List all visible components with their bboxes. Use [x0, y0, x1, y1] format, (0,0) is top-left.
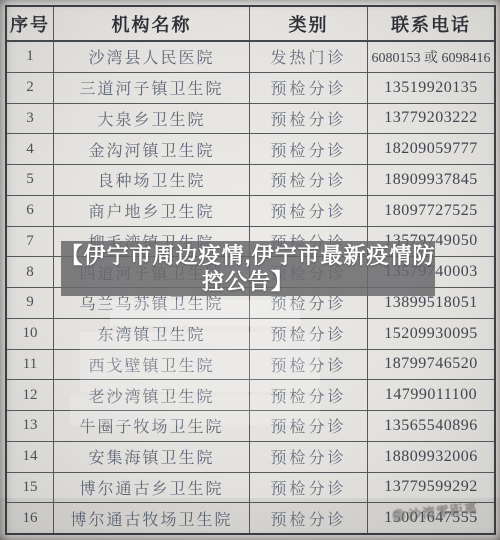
cell-no: 7 — [7, 227, 54, 257]
cell-category: 预检分诊 — [250, 380, 368, 410]
cell-no: 9 — [7, 288, 54, 318]
cell-no: 8 — [7, 257, 54, 287]
cell-category: 预检分诊 — [250, 473, 368, 503]
cell-no: 6 — [7, 196, 54, 226]
cell-phone: 18809932006 — [368, 442, 494, 472]
table-row: 14安集海镇卫生院预检分诊18809932006 — [7, 442, 494, 473]
cell-category: 预检分诊 — [250, 319, 368, 349]
cell-no: 3 — [7, 104, 54, 134]
cell-category: 预检分诊 — [250, 73, 368, 103]
overlay-title-line1: 【伊宁市周边疫情,伊宁市最新疫情防 — [60, 243, 435, 269]
table-header-row: 序号 机构名称 类别 联系电话 — [7, 7, 494, 42]
cell-category: 预检分诊 — [250, 442, 368, 472]
cell-name: 博尔通古牧场卫生院 — [54, 503, 250, 533]
overlay-title-line2: 控公告】 — [202, 269, 294, 295]
table-row: 13牛圈子牧场卫生院预检分诊13565540896 — [7, 411, 494, 442]
header-cell-no: 序号 — [7, 7, 54, 40]
cell-no: 16 — [7, 503, 54, 533]
cell-name: 商户地乡卫生院 — [54, 196, 250, 226]
cell-name: 博尔通古乡卫生院 — [54, 473, 250, 503]
cell-category: 预检分诊 — [250, 104, 368, 134]
cell-no: 10 — [7, 319, 54, 349]
cell-phone: 13519920135 — [368, 73, 494, 103]
cell-name: 牛圈子牧场卫生院 — [54, 411, 250, 441]
cell-category: 预检分诊 — [250, 165, 368, 195]
header-cell-name: 机构名称 — [54, 7, 250, 40]
table-row: 15博尔通古乡卫生院预检分诊13779599292 — [7, 473, 494, 504]
cell-phone: 18799746520 — [368, 350, 494, 380]
cell-no: 14 — [7, 442, 54, 472]
table-row: 6商户地乡卫生院预检分诊18097727525 — [7, 196, 494, 227]
cell-name: 沙湾县人民医院 — [54, 42, 250, 72]
cell-name: 三道河子镇卫生院 — [54, 73, 250, 103]
cell-phone: 6080153 或 6098416 — [368, 42, 494, 72]
cell-name: 安集海镇卫生院 — [54, 442, 250, 472]
watermark-logo-icon — [392, 508, 406, 522]
cell-category: 预检分诊 — [250, 134, 368, 164]
cell-phone: 18209059777 — [368, 134, 494, 164]
header-cell-phone: 联系电话 — [368, 7, 494, 40]
cell-phone: 18909937845 — [368, 165, 494, 195]
cell-no: 5 — [7, 165, 54, 195]
title-overlay-banner: 【伊宁市周边疫情,伊宁市最新疫情防 控公告】 — [61, 241, 435, 296]
cell-phone: 13779203222 — [368, 104, 494, 134]
cell-name: 东湾镇卫生院 — [54, 319, 250, 349]
cell-phone: 15209930095 — [368, 319, 494, 349]
cell-name: 良种场卫生院 — [54, 165, 250, 195]
cell-category: 预检分诊 — [250, 350, 368, 380]
cell-no: 4 — [7, 134, 54, 164]
cell-no: 15 — [7, 473, 54, 503]
cell-name: 金沟河镇卫生院 — [54, 134, 250, 164]
table-row: 2三道河子镇卫生院预检分诊13519920135 — [7, 73, 494, 104]
cell-no: 2 — [7, 73, 54, 103]
cell-category: 发热门诊 — [250, 42, 368, 72]
table-row: 12老沙湾镇卫生院预检分诊14799011100 — [7, 380, 494, 411]
table-row: 5良种场卫生院预检分诊18909937845 — [7, 165, 494, 196]
cell-no: 11 — [7, 350, 54, 380]
cell-category: 预检分诊 — [250, 196, 368, 226]
cell-name: 西戈壁镇卫生院 — [54, 350, 250, 380]
cell-phone: 13565540896 — [368, 411, 494, 441]
cell-no: 1 — [7, 42, 54, 72]
cell-no: 12 — [7, 380, 54, 410]
cell-name: 大泉乡卫生院 — [54, 104, 250, 134]
cell-no: 13 — [7, 411, 54, 441]
cell-category: 预检分诊 — [250, 503, 368, 533]
cell-phone: 18097727525 — [368, 196, 494, 226]
table-row: 4金沟河镇卫生院预检分诊18209059777 — [7, 134, 494, 165]
table-row: 3大泉乡卫生院预检分诊13779203222 — [7, 104, 494, 135]
table-row: 10东湾镇卫生院预检分诊15209930095 — [7, 319, 494, 350]
cell-name: 老沙湾镇卫生院 — [54, 380, 250, 410]
header-cell-category: 类别 — [250, 7, 368, 40]
cell-category: 预检分诊 — [250, 411, 368, 441]
table-row: 11西戈壁镇卫生院预检分诊18799746520 — [7, 350, 494, 381]
cell-phone: 14799011100 — [368, 380, 494, 410]
table-row: 1沙湾县人民医院发热门诊6080153 或 6098416 — [7, 42, 494, 73]
